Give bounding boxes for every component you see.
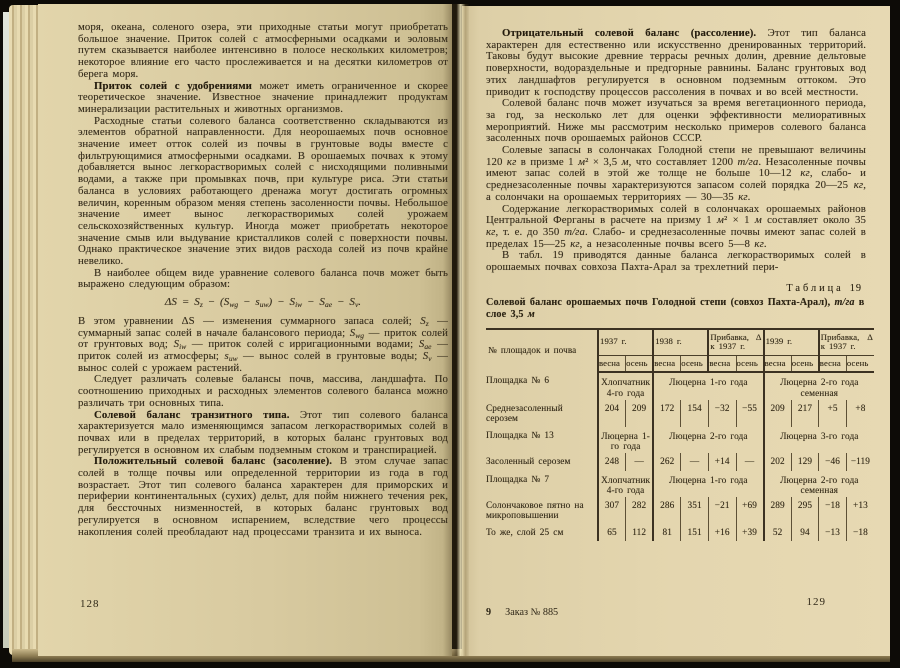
value-cell: −18 [819,497,847,524]
value-cell: 129 [791,453,819,470]
value-cell: 286 [653,497,681,524]
value-cell: 65 [598,524,626,541]
value-cell: 204 [598,400,626,427]
value-cell: — [681,453,709,470]
right-page-paragraphs: Отрицательный солевой баланс (рассоление… [486,28,866,274]
value-cell: +39 [736,524,764,541]
subheader-autumn: осень [846,355,874,372]
right-page: Отрицательный солевой баланс (рассоление… [462,6,890,656]
value-cell: 289 [764,497,792,524]
row-label: Площадка № 6 [486,372,598,400]
table-label: Таблица19 [486,283,866,295]
table-label-number: 19 [850,283,862,294]
table-data-row: Солончаковое пятно на микроповышении3072… [486,497,874,524]
value-cell: 154 [681,400,709,427]
row-label: Среднезасоленный серозем [486,400,598,427]
salt-balance-formula: ΔS = Sz − (Swg − suw) − Siw − Sae − Sv. [78,297,448,309]
column-header-gain-2: Прибавка, Δ к 1937 г. [819,329,874,356]
paragraph: моря, океана, соленого озера, эти приход… [78,22,448,81]
crop-cell: Люцерна 2-го года семенная [764,372,874,400]
paragraph: Отрицательный солевой баланс (рассоление… [486,28,866,98]
value-cell: 282 [626,497,654,524]
right-page-number: 129 [807,596,827,608]
value-cell: −119 [846,453,874,470]
subheader-spring: весна [819,355,847,372]
left-page-text: моря, океана, соленого озера, эти приход… [78,22,448,538]
table-header-groups-row: № площадок и почва 1937 г. 1938 г. Приба… [486,329,874,356]
crop-cell: Хлопчатник 4-го года [598,372,653,400]
paragraph: В табл. 19 приводятся данные баланса лег… [486,250,866,273]
value-cell: — [626,453,654,470]
paragraph: В наиболее общем виде уравнение солевого… [78,268,448,291]
value-cell: 307 [598,497,626,524]
row-label: Площадка № 7 [486,471,598,498]
value-cell: +13 [846,497,874,524]
paragraph: Солевые запасы в солончаках Голодной сте… [486,145,866,204]
value-cell: 151 [681,524,709,541]
column-header-1937: 1937 г. [598,329,653,356]
value-cell: −46 [819,453,847,470]
right-page-text: Отрицательный солевой баланс (рассоление… [486,28,866,541]
value-cell: +16 [708,524,736,541]
row-label: Засоленный серозем [486,453,598,470]
value-cell: −13 [819,524,847,541]
crop-cell: Хлопчатник 4-го года [598,471,653,498]
subheader-autumn: осень [791,355,819,372]
value-cell: −18 [846,524,874,541]
left-page-paragraphs-after-formula: В этом уравнении ΔS — изменения суммарно… [78,316,448,538]
table-crop-row: Площадка № 13Люцерна 1-го годаЛюцерна 2-… [486,427,874,454]
value-cell: +14 [708,453,736,470]
value-cell: 52 [764,524,792,541]
column-header-gain-1: Прибавка, Δ к 1937 г. [708,329,763,356]
crop-cell: Люцерна 2-го года семенная [764,471,874,498]
value-cell: 295 [791,497,819,524]
subheader-spring: весна [598,355,626,372]
paragraph: Положительный солевой баланс (засоление)… [78,456,448,538]
paragraph: Солевой баланс почв может изучаться за в… [486,98,866,145]
value-cell: +69 [736,497,764,524]
table-body: Площадка № 6Хлопчатник 4-го годаЛюцерна … [486,372,874,541]
crop-cell: Люцерна 1-го года [598,427,653,454]
value-cell: 209 [626,400,654,427]
book-photo-frame: моря, океана, соленого озера, эти приход… [0,0,900,668]
value-cell: 351 [681,497,709,524]
paragraph: Солевой баланс транзитного типа. Этот ти… [78,410,448,457]
column-header-1939: 1939 г. [764,329,819,356]
value-cell: 209 [764,400,792,427]
crop-cell: Люцерна 2-го года [653,427,763,454]
paragraph: Содержание легкорастворимых солей в соло… [486,204,866,251]
page-edge-stack-left [9,5,38,655]
subheader-spring: весна [708,355,736,372]
column-header-1938: 1938 г. [653,329,708,356]
paragraph: Следует различать солевые балансы почв, … [78,374,448,409]
value-cell: 202 [764,453,792,470]
value-cell: 262 [653,453,681,470]
value-cell: −21 [708,497,736,524]
subheader-spring: весна [764,355,792,372]
value-cell: −32 [708,400,736,427]
value-cell: 94 [791,524,819,541]
table-label-word: Таблица [786,283,843,294]
left-page: моря, океана, соленого озера, эти приход… [38,4,452,656]
paragraph: В этом уравнении ΔS — изменения суммарно… [78,316,448,375]
left-page-paragraphs: моря, океана, соленого озера, эти приход… [78,22,448,291]
paragraph: Приток солей с удобрениями может иметь о… [78,81,448,116]
table-crop-row: Площадка № 7Хлопчатник 4-го годаЛюцерна … [486,471,874,498]
value-cell: 248 [598,453,626,470]
row-label: Площадка № 13 [486,427,598,454]
crop-cell: Люцерна 3-го года [764,427,874,454]
subheader-autumn: осень [681,355,709,372]
value-cell: — [736,453,764,470]
paragraph: Расходные статьи солевого баланса соотве… [78,116,448,268]
value-cell: +8 [846,400,874,427]
table-data-row: Среднезасоленный серозем204209172154−32−… [486,400,874,427]
row-label: Солончаковое пятно на микроповышении [486,497,598,524]
order-number: Заказ № 885 [505,607,558,618]
salt-balance-table: № площадок и почва 1937 г. 1938 г. Приба… [486,328,874,541]
signature-number: 9 [486,607,491,618]
value-cell: 81 [653,524,681,541]
value-cell: 217 [791,400,819,427]
table-crop-row: Площадка № 6Хлопчатник 4-го годаЛюцерна … [486,372,874,400]
subheader-autumn: осень [736,355,764,372]
value-cell: 172 [653,400,681,427]
row-label: То же, слой 25 см [486,524,598,541]
value-cell: +5 [819,400,847,427]
table-caption: Солевой баланс орошаемых почв Голодной с… [486,297,866,320]
table-data-row: То же, слой 25 см6511281151+16+395294−13… [486,524,874,541]
crop-cell: Люцерна 1-го года [653,471,763,498]
print-order-footer: 9Заказ № 885 [486,607,558,618]
value-cell: 112 [626,524,654,541]
left-page-number: 128 [80,598,100,610]
table-data-row: Засоленный серозем248—262—+14—202129−46−… [486,453,874,470]
subheader-autumn: осень [626,355,654,372]
subheader-spring: весна [653,355,681,372]
crop-cell: Люцерна 1-го года [653,372,763,400]
column-header-plots: № площадок и почва [486,329,598,373]
value-cell: −55 [736,400,764,427]
